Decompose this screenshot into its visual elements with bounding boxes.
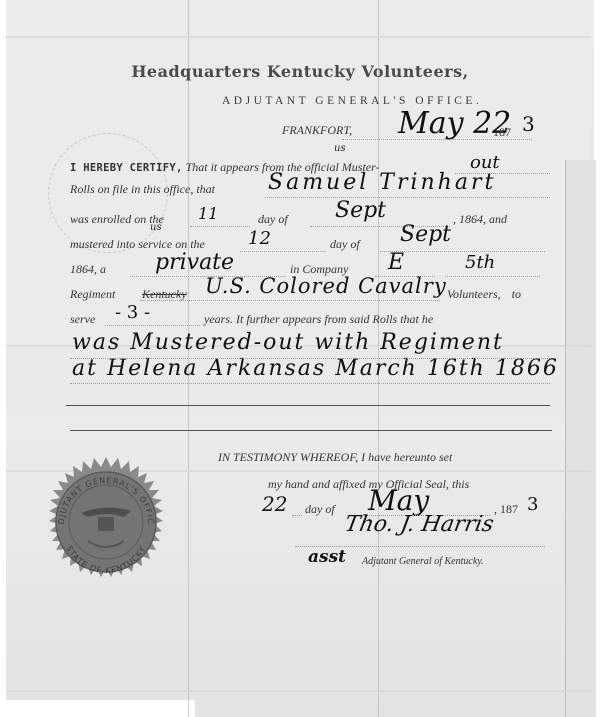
fill-line — [105, 325, 200, 326]
muster-out-remark-line-2: at Helena Arkansas March 16th 1866 — [72, 356, 559, 381]
seal-icon: ADJUTANT GENERAL'S OFFICE STATE OF KENTU… — [36, 455, 176, 595]
document-heading: Headquarters Kentucky Volunteers, — [0, 62, 600, 81]
testimony-line-1: IN TESTIMONY WHEREOF, I have hereunto se… — [218, 450, 452, 465]
company-letter: E — [388, 250, 404, 275]
fill-line — [445, 276, 540, 277]
header-year-printed: 187 — [493, 125, 511, 140]
enrolled-text-b: day of — [258, 212, 288, 227]
fill-line — [70, 383, 550, 384]
enrolled-day: 11 — [198, 204, 218, 223]
testimony-day-text: day of — [305, 502, 335, 517]
header-year-handwritten: 3 — [522, 112, 535, 136]
fill-line — [70, 358, 550, 359]
date-fill-line — [342, 139, 532, 140]
testimony-year-printed: , 187 — [494, 502, 518, 517]
signature-title: Adjutant General of Kentucky. — [362, 556, 484, 567]
signature-prefix: asst — [308, 547, 346, 567]
mustered-day: 12 — [248, 228, 271, 249]
testimony-day: 22 — [262, 492, 287, 516]
rolls-line: Rolls on file in this office, that — [70, 182, 215, 197]
regiment-text-a: Regiment — [70, 287, 115, 302]
fold-line-horizontal — [6, 36, 591, 38]
rank-text-a: 1864, a — [70, 262, 106, 277]
enrolled-text-c: , 1864, and — [453, 212, 507, 227]
signature-handwritten: Tho. J. Harris — [343, 512, 496, 537]
name-fill-line — [265, 197, 550, 198]
insert-us-annotation: us — [334, 143, 346, 154]
testimony-year-handwritten: 3 — [527, 494, 538, 515]
blank-rule — [66, 405, 550, 406]
soldier-name: Samuel Trinhart — [268, 170, 496, 195]
further-appears-text: years. It further appears from said Roll… — [204, 312, 433, 327]
place-label: FRANKFORT, — [282, 123, 352, 138]
fill-line — [140, 300, 440, 301]
fold-line-horizontal — [6, 690, 591, 692]
regiment-number: 5th — [465, 252, 495, 273]
official-seal: ADJUTANT GENERAL'S OFFICE STATE OF KENTU… — [36, 455, 176, 595]
enrolled-month: Sept — [335, 198, 386, 223]
serve-text: serve — [70, 312, 95, 327]
insert-us-annotation: us — [150, 222, 162, 233]
mustered-text-b: day of — [330, 237, 360, 252]
fill-line — [190, 226, 250, 227]
paper-right-edge — [565, 160, 596, 717]
service-years: - 3 - — [115, 302, 150, 323]
fill-line — [240, 251, 325, 252]
fill-line — [292, 515, 302, 516]
fill-line — [380, 251, 545, 252]
blank-rule — [70, 430, 552, 431]
rank-handwritten: private — [155, 250, 234, 275]
regiment-text-b: Volunteers, to — [447, 287, 521, 302]
regiment-handwritten: U.S. Colored Cavalry — [205, 274, 447, 298]
mustered-month: Sept — [400, 222, 451, 247]
paper-cutout — [0, 700, 195, 717]
certify-caps: I HEREBY CERTIFY, — [70, 162, 183, 174]
muster-out-remark-line-1: was Mustered-out with Regiment — [72, 330, 504, 355]
